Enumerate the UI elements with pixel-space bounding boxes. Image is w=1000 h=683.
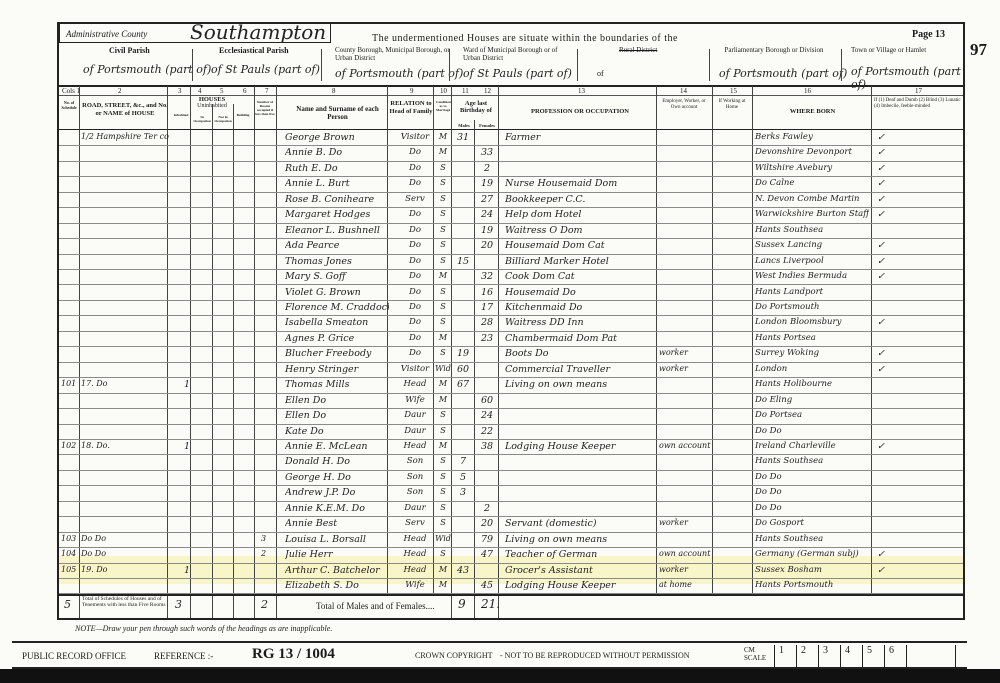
person-name: Ruth E. Do — [285, 163, 389, 174]
table-row: 103 Do Do 3 Louisa L. Borsall Head Wid 7… — [59, 533, 963, 548]
where-born: Do Calne — [755, 178, 869, 188]
age-female: 20 — [476, 240, 498, 251]
relation: Head — [393, 379, 437, 389]
relation: Do — [393, 317, 437, 327]
person-name: Violet G. Brown — [285, 287, 389, 298]
table-row: 102 18. Do. 1 Annie E. McLean Head M 38 … — [59, 440, 963, 455]
person-name: Kate Do — [285, 426, 389, 437]
parish-header: Civil Parish of Portsmouth (part of) Ecc… — [59, 45, 963, 85]
age-female: 24 — [476, 209, 498, 220]
col-num-8: 8 — [332, 87, 336, 95]
where-born: Hants Holibourne — [755, 379, 869, 389]
col-num-11: 11 — [462, 87, 469, 95]
infirmity-mark: ✓ — [877, 348, 907, 359]
col-head-where-born: WHERE BORN — [755, 108, 870, 115]
occupation: Cook Dom Cat — [505, 271, 655, 282]
civil-parish-label: Civil Parish — [109, 46, 150, 55]
footer-reference: RG 13 / 1004 — [252, 646, 335, 663]
scale-cm-1: 1 — [774, 645, 796, 667]
where-born: N. Devon Combe Martin — [755, 194, 869, 204]
infirmity-mark: ✓ — [877, 441, 907, 452]
relation: Do — [393, 178, 437, 188]
condition: S — [435, 518, 451, 527]
table-row: Violet G. Brown Do S 16 Housemaid Do Han… — [59, 286, 963, 301]
col-head-in-occupation: In Occupation — [192, 115, 212, 123]
where-born: Do Do — [755, 472, 869, 482]
where-born: Devonshire Devonport — [755, 147, 869, 157]
total-schedules-label: Total of Schedules of Houses and of Tene… — [82, 596, 166, 608]
cols-label: Cols 1 — [62, 87, 80, 95]
table-row: 101 17. Do 1 Thomas Mills Head M 67 Livi… — [59, 378, 963, 393]
footer-bar: PUBLIC RECORD OFFICE REFERENCE :- RG 13 … — [12, 641, 967, 669]
person-name: Elizabeth S. Do — [285, 580, 389, 591]
condition: M — [435, 132, 451, 141]
occupation: Help dom Hotel — [505, 209, 655, 220]
relation: Do — [393, 256, 437, 266]
infirmity-mark: ✓ — [877, 565, 907, 576]
col-num-12: 12 — [484, 87, 491, 95]
person-name: Blucher Freebody — [285, 348, 389, 359]
age-male: 7 — [453, 456, 473, 467]
where-born: Hants Portsea — [755, 333, 869, 343]
age-female: 19 — [476, 225, 498, 236]
age-female: 38 — [476, 441, 498, 452]
col-head-not-in-occupation: Not in Occupation — [213, 115, 233, 123]
condition: M — [435, 441, 451, 450]
occupation: Kitchenmaid Do — [505, 302, 655, 313]
person-name: George Brown — [285, 132, 389, 143]
footer-note: NOTE—Draw your pen through such words of… — [75, 624, 332, 633]
where-born: Do Gosport — [755, 518, 869, 528]
schedule-number: 104 — [61, 549, 79, 558]
scale-cm-3: 3 — [818, 645, 840, 667]
person-name: Ellen Do — [285, 395, 389, 406]
ecclesiastical-parish-value: of St Pauls (part of) — [211, 63, 320, 76]
person-name: Annie K.E.M. Do — [285, 503, 389, 514]
occupation: Billiard Marker Hotel — [505, 256, 655, 267]
age-male: 5 — [453, 472, 473, 483]
where-born: Warwickshire Burton Stafford — [755, 209, 869, 219]
table-row: Elizabeth S. Do Wife M 45 Lodging House … — [59, 579, 963, 594]
occupation: Chambermaid Dom Pat — [505, 333, 655, 344]
occupation: Teacher of German — [505, 549, 655, 560]
where-born: Do Portsmouth — [755, 302, 869, 312]
relation: Do — [393, 147, 437, 157]
condition: S — [435, 209, 451, 218]
infirmity-mark: ✓ — [877, 178, 907, 189]
table-row: Annie L. Burt Do S 19 Nurse Housemaid Do… — [59, 177, 963, 192]
col-num-3: 3 — [178, 87, 182, 95]
col-num-7: 7 — [265, 87, 269, 95]
where-born: Sussex Lancing — [755, 240, 869, 250]
person-name: Thomas Jones — [285, 256, 389, 267]
where-born: Sussex Bosham — [755, 565, 869, 575]
occupation: Waitress DD Inn — [505, 317, 655, 328]
total-inhabited: 3 — [175, 598, 182, 611]
person-name: Annie Best — [285, 518, 389, 529]
where-born: Ireland Charleville — [755, 441, 869, 451]
road-street: 18. Do. — [81, 441, 169, 450]
rooms-count: 3 — [261, 534, 277, 543]
admin-county-label: Administrative County — [66, 29, 147, 39]
inhabited-count: 1 — [184, 379, 204, 390]
where-born: Hants Southsea — [755, 225, 869, 235]
where-born: Surrey Woking — [755, 348, 869, 358]
condition: M — [435, 379, 451, 388]
col-head-road: ROAD, STREET, &c., and No. or NAME of HO… — [80, 102, 170, 118]
col-num-9: 9 — [410, 87, 414, 95]
table-row: Florence M. Craddock Do S 17 Kitchenmaid… — [59, 301, 963, 316]
schedule-number: 105 — [61, 565, 79, 574]
occupation: Living on own means — [505, 534, 655, 545]
relation: Do — [393, 163, 437, 173]
person-name: Andrew J.P. Do — [285, 487, 389, 498]
scale-cm-5: 5 — [862, 645, 884, 667]
person-name: Annie E. McLean — [285, 441, 389, 452]
admin-county-value: Southampton — [190, 20, 326, 44]
rooms-count: 2 — [261, 549, 277, 558]
infirmity-mark: ✓ — [877, 240, 907, 251]
schedule-number: 103 — [61, 534, 79, 543]
condition: Wid — [435, 364, 451, 373]
where-born: West Indies Bermuda — [755, 271, 869, 281]
table-row: Blucher Freebody Do S 19 Boots Do worker… — [59, 347, 963, 362]
relation: Son — [393, 472, 437, 482]
age-male: 15 — [453, 256, 473, 267]
age-male: 43 — [453, 565, 473, 576]
occupation: Boots Do — [505, 348, 655, 359]
col-head-males: Males — [453, 122, 475, 129]
total-schedules: 5 — [64, 598, 71, 611]
person-name: George H. Do — [285, 472, 389, 483]
col-head-infirmity: If (1) Deaf and Dumb (2) Blind (3) Lunat… — [874, 98, 962, 110]
table-row: Annie Best Serv S 20 Servant (domestic) … — [59, 517, 963, 532]
where-born: Wiltshire Avebury — [755, 163, 869, 173]
scale-cm-end — [906, 645, 956, 667]
occupation: Waitress O Dom — [505, 225, 655, 236]
age-male: 67 — [453, 379, 473, 390]
col-num-13: 13 — [578, 87, 585, 95]
table-row: Andrew J.P. Do Son S 3 Do Do — [59, 486, 963, 501]
occupation: Grocer's Assistant — [505, 565, 655, 576]
where-born: Lancs Liverpool — [755, 256, 869, 266]
condition: M — [435, 565, 451, 574]
person-name: Louisa L. Borsall — [285, 534, 389, 545]
road-street: Do Do — [81, 534, 169, 543]
relation: Do — [393, 271, 437, 281]
ecclesiastical-parish-label: Ecclesiastical Parish — [219, 46, 289, 55]
table-row: Margaret Hodges Do S 24 Help dom Hotel W… — [59, 208, 963, 223]
total-rooms: 2 — [261, 598, 268, 611]
occupation: Bookkeeper C.C. — [505, 194, 655, 205]
schedule-number: 102 — [61, 441, 79, 450]
table-row: Thomas Jones Do S 15 Billiard Marker Hot… — [59, 255, 963, 270]
col-head-working-home: If Working at Home — [713, 99, 751, 111]
col-num-16: 16 — [804, 87, 811, 95]
where-born: Do Portsea — [755, 410, 869, 420]
col-head-name: Name and Surname of each Person — [290, 105, 385, 121]
age-female: 28 — [476, 317, 498, 328]
infirmity-mark: ✓ — [877, 317, 907, 328]
table-row: 1/2 Hampshire Ter cont. George Brown Vis… — [59, 131, 963, 146]
col-head-age: Age last Birthday of — [453, 100, 499, 114]
infirmity-mark: ✓ — [877, 194, 907, 205]
col-head-relation: RELATION to Head of Family — [388, 100, 434, 116]
where-born: Do Do — [755, 503, 869, 513]
age-female: 45 — [476, 580, 498, 591]
age-male: 31 — [453, 132, 473, 143]
person-name: Annie L. Burt — [285, 178, 389, 189]
col-num-14: 14 — [680, 87, 687, 95]
table-row: George H. Do Son S 5 Do Do — [59, 471, 963, 486]
footer-reference-label: REFERENCE :- — [154, 651, 213, 661]
admin-county-box: Administrative County Southampton — [59, 23, 331, 43]
road-street: Do Do — [81, 549, 169, 558]
parliamentary-value: of Portsmouth (part of) — [719, 67, 847, 80]
where-born: Do Eling — [755, 395, 869, 405]
rural-district-value: of — [597, 69, 604, 78]
occupation: Housemaid Do — [505, 287, 655, 298]
relation: Serv — [393, 518, 437, 528]
age-female: 79 — [476, 534, 498, 545]
condition: S — [435, 317, 451, 326]
condition: S — [435, 178, 451, 187]
age-female: 2 — [476, 503, 498, 514]
footer-scale-label: CM SCALE — [744, 646, 770, 662]
col-head-occupation: PROFESSION OR OCCUPATION — [510, 108, 650, 115]
occupation: Farmer — [505, 132, 655, 143]
table-row: Annie K.E.M. Do Daur S 2 Do Do — [59, 502, 963, 517]
age-female: 22 — [476, 426, 498, 437]
age-female: 33 — [476, 147, 498, 158]
condition: S — [435, 549, 451, 558]
condition: S — [435, 240, 451, 249]
infirmity-mark: ✓ — [877, 271, 907, 282]
relation: Head — [393, 549, 437, 559]
person-name: Ellen Do — [285, 410, 389, 421]
relation: Son — [393, 456, 437, 466]
table-row: Ada Pearce Do S 20 Housemaid Dom Cat Sus… — [59, 239, 963, 254]
where-born: London — [755, 364, 869, 374]
page-stamp: 97 — [970, 40, 987, 60]
age-female: 20 — [476, 518, 498, 529]
relation: Do — [393, 287, 437, 297]
age-male: 60 — [453, 364, 473, 375]
employer-status: worker — [659, 518, 711, 527]
relation: Daur — [393, 410, 437, 420]
table-row: Ellen Do Wife M 60 Do Eling — [59, 394, 963, 409]
where-born: Hants Southsea — [755, 534, 869, 544]
age-female: 24 — [476, 410, 498, 421]
person-name: Eleanor L. Bushnell — [285, 225, 389, 236]
page-label: Page 13 — [912, 29, 945, 40]
condition: S — [435, 163, 451, 172]
col-num-6: 6 — [243, 87, 247, 95]
relation: Do — [393, 209, 437, 219]
age-female: 47 — [476, 549, 498, 560]
person-name: Henry Stringer — [285, 364, 389, 375]
table-row: Eleanor L. Bushnell Do S 19 Waitress O D… — [59, 224, 963, 239]
age-female: 16 — [476, 287, 498, 298]
employer-status: at home — [659, 580, 711, 589]
table-row: Rose B. Coniheare Serv S 27 Bookkeeper C… — [59, 193, 963, 208]
person-name: Margaret Hodges — [285, 209, 389, 220]
table-row: 105 19. Do 1 Arthur C. Batchelor Head M … — [59, 564, 963, 579]
condition: S — [435, 410, 451, 419]
occupation: Servant (domestic) — [505, 518, 655, 529]
person-name: Julie Herr — [285, 549, 389, 560]
town-label: Town or Village or Hamlet — [851, 46, 926, 54]
infirmity-mark: ✓ — [877, 132, 907, 143]
where-born: Berks Fawley — [755, 132, 869, 142]
col-num-17: 17 — [915, 87, 922, 95]
col-head-rooms: Number of Rooms occupied if less than fi… — [255, 100, 275, 116]
col-num-4: 4 — [198, 87, 202, 95]
condition: S — [435, 348, 451, 357]
rural-district-label: Rural District — [619, 46, 657, 54]
occupation: Lodging House Keeper — [505, 580, 655, 591]
condition: M — [435, 580, 451, 589]
relation: Do — [393, 240, 437, 250]
col-head-inhabited: Inhabited — [172, 112, 190, 119]
age-male: 3 — [453, 487, 473, 498]
infirmity-mark: ✓ — [877, 147, 907, 158]
inhabited-count: 1 — [184, 441, 204, 452]
relation: Daur — [393, 503, 437, 513]
town-value: of Portsmouth (part of) — [851, 65, 963, 91]
infirmity-mark: ✓ — [877, 163, 907, 174]
employer-status: worker — [659, 348, 711, 357]
employer-status: own account — [659, 441, 711, 450]
relation: Son — [393, 487, 437, 497]
relation: Do — [393, 333, 437, 343]
col-head-building: Building — [233, 112, 253, 119]
table-row: Annie B. Do Do M 33 Devonshire Devonport… — [59, 146, 963, 161]
person-name: Florence M. Craddock — [285, 302, 389, 313]
where-born: Do Do — [755, 487, 869, 497]
relation: Wife — [393, 395, 437, 405]
condition: S — [435, 225, 451, 234]
county-borough-label: County Borough, Municipal Borough, or Ur… — [335, 46, 455, 62]
relation: Daur — [393, 426, 437, 436]
age-female: 2 — [476, 163, 498, 174]
condition: M — [435, 271, 451, 280]
condition: S — [435, 472, 451, 481]
scan-edge — [0, 669, 1000, 683]
table-row: 104 Do Do 2 Julie Herr Head S 47 Teacher… — [59, 548, 963, 563]
where-born: Do Do — [755, 426, 869, 436]
road-street: 17. Do — [81, 379, 169, 388]
age-female: 60 — [476, 395, 498, 406]
relation: Do — [393, 302, 437, 312]
schedule-number: 101 — [61, 379, 79, 388]
infirmity-mark: ✓ — [877, 549, 907, 560]
col-head-females: Females — [476, 122, 498, 129]
col-num-5: 5 — [220, 87, 224, 95]
where-born: Hants Southsea — [755, 456, 869, 466]
relation: Head — [393, 441, 437, 451]
person-name: Donald H. Do — [285, 456, 389, 467]
col-head-condition: Condition as to Marriage — [436, 100, 450, 112]
ward-value: of St Pauls (part of) — [463, 67, 572, 80]
condition: S — [435, 256, 451, 265]
condition: Wid — [435, 534, 451, 543]
occupation: Nurse Housemaid Dom — [505, 178, 655, 189]
occupation: Commercial Traveller — [505, 364, 655, 375]
condition: S — [435, 426, 451, 435]
person-name: Annie B. Do — [285, 147, 389, 158]
relation: Serv — [393, 194, 437, 204]
table-row: Isabella Smeaton Do S 28 Waitress DD Inn… — [59, 316, 963, 331]
scale-cm-2: 2 — [796, 645, 818, 667]
condition: S — [435, 487, 451, 496]
relation: Head — [393, 565, 437, 575]
relation: Wife — [393, 580, 437, 590]
parliamentary-label: Parliamentary Borough or Division — [724, 46, 824, 54]
age-female: 19 — [476, 178, 498, 189]
condition: S — [435, 194, 451, 203]
infirmity-mark: ✓ — [877, 209, 907, 220]
relation: Do — [393, 348, 437, 358]
col-head-schedule: No. of Schedule — [60, 100, 78, 110]
county-borough-value: of Portsmouth (part of) — [335, 67, 463, 80]
table-row: Henry Stringer Visitor Wid 60 Commercial… — [59, 363, 963, 378]
age-male: 19 — [453, 348, 473, 359]
table-row: Donald H. Do Son S 7 Hants Southsea — [59, 455, 963, 470]
table-row: Ellen Do Daur S 24 Do Portsea — [59, 409, 963, 424]
boundaries-text: The undermentioned Houses are situate wi… — [372, 33, 678, 44]
person-name: Rose B. Coniheare — [285, 194, 389, 205]
ward-label: Ward of Municipal Borough or of Urban Di… — [463, 46, 573, 62]
scale-cm-6: 6 — [884, 645, 906, 667]
road-street: 19. Do — [81, 565, 169, 574]
scale-cm-4: 4 — [840, 645, 862, 667]
condition: M — [435, 395, 451, 404]
infirmity-mark: ✓ — [877, 364, 907, 375]
occupation: Lodging House Keeper — [505, 441, 655, 452]
where-born: London Bloomsbury — [755, 317, 869, 327]
occupation: Living on own means — [505, 379, 655, 390]
infirmity-mark: ✓ — [877, 256, 907, 267]
col-head-houses: HOUSES — [172, 96, 252, 103]
where-born: Hants Landport — [755, 287, 869, 297]
person-name: Thomas Mills — [285, 379, 389, 390]
person-name: Agnes P. Grice — [285, 333, 389, 344]
total-persons-label: Total of Males and of Females.... — [316, 601, 435, 611]
table-row: Mary S. Goff Do M 32 Cook Dom Cat West I… — [59, 270, 963, 285]
condition: S — [435, 302, 451, 311]
table-row: Kate Do Daur S 22 Do Do — [59, 425, 963, 440]
employer-status: worker — [659, 565, 711, 574]
relation: Do — [393, 225, 437, 235]
employer-status: own account — [659, 549, 711, 558]
road-street: 1/2 Hampshire Ter cont. — [81, 132, 169, 141]
total-females: 21. — [481, 597, 500, 611]
person-name: Arthur C. Batchelor — [285, 565, 389, 576]
age-female: 17 — [476, 302, 498, 313]
where-born: Hants Portsmouth — [755, 580, 869, 590]
person-name: Ada Pearce — [285, 240, 389, 251]
col-num-10: 10 — [440, 87, 447, 95]
age-female: 27 — [476, 194, 498, 205]
inhabited-count: 1 — [184, 565, 204, 576]
col-num-2: 2 — [118, 87, 122, 95]
condition: S — [435, 503, 451, 512]
table-row: Ruth E. Do Do S 2 Wiltshire Avebury ✓ — [59, 162, 963, 177]
footer-office: PUBLIC RECORD OFFICE — [22, 651, 126, 661]
col-head-employer: Employer, Worker, or Own account — [657, 99, 711, 111]
condition: S — [435, 287, 451, 296]
